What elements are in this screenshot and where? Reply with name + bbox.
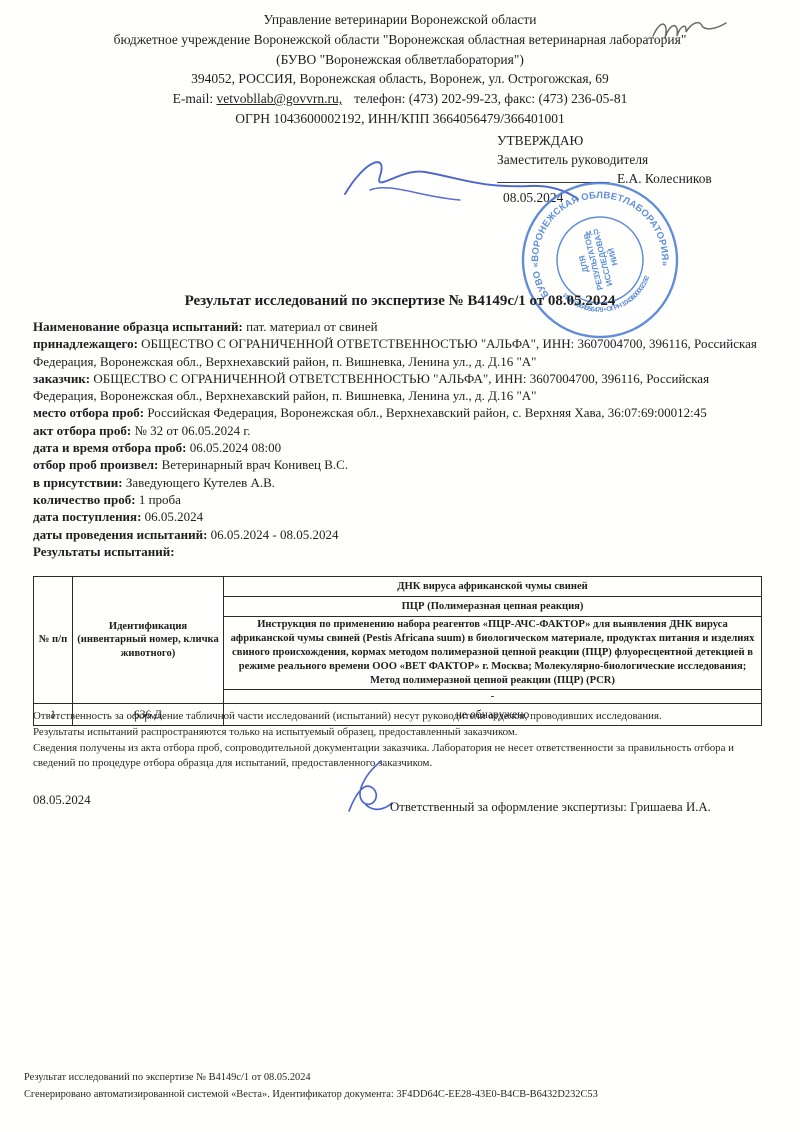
field-row: даты проведения испытаний: 06.05.2024 - …	[33, 526, 767, 543]
col-header-num: № п/п	[34, 577, 73, 704]
field-label: даты проведения испытаний:	[33, 527, 207, 542]
field-label: дата и время отбора проб:	[33, 440, 187, 455]
footer-generated-line: Сгенерировано автоматизированной системо…	[24, 1087, 598, 1104]
field-value: 06.05.2024 - 08.05.2024	[211, 527, 339, 542]
field-label: Наименование образца испытаний:	[33, 319, 243, 334]
field-value: 06.05.2024 08:00	[190, 440, 281, 455]
dash-cell: -	[224, 689, 762, 703]
field-label: количество проб:	[33, 492, 136, 507]
email-link[interactable]: vetvobllab@govvrn.ru,	[217, 91, 343, 106]
field-row: дата и время отбора проб: 06.05.2024 08:…	[33, 439, 767, 456]
field-value: ОБЩЕСТВО С ОГРАНИЧЕННОЙ ОТВЕТСТВЕННОСТЬЮ…	[33, 336, 757, 368]
test-group-header: ДНК вируса африканской чумы свиней	[224, 577, 762, 597]
field-row: заказчик: ОБЩЕСТВО С ОГРАНИЧЕННОЙ ОТВЕТС…	[33, 370, 767, 405]
field-label: дата поступления:	[33, 509, 141, 524]
field-row: дата поступления: 06.05.2024	[33, 508, 767, 525]
signoff-date: 08.05.2024	[33, 793, 91, 808]
results-table: № п/п Идентификация (инвентарный номер, …	[33, 576, 762, 726]
field-label: место отбора проб:	[33, 405, 144, 420]
org-ogrn-inn: ОГРН 1043600002192, ИНН/КПП 3664056479/3…	[30, 109, 770, 129]
field-row: место отбора проб: Российская Федерация,…	[33, 404, 767, 421]
email-label: E-mail:	[173, 91, 214, 106]
field-label: принадлежащего:	[33, 336, 138, 351]
field-row: количество проб: 1 проба	[33, 491, 767, 508]
field-row: принадлежащего: ОБЩЕСТВО С ОГРАНИЧЕННОЙ …	[33, 335, 767, 370]
field-value: Заведующего Кутелев А.В.	[126, 475, 275, 490]
page-title: Результат исследований по экспертизе № В…	[0, 293, 800, 310]
field-row: Результаты испытаний:	[33, 543, 767, 560]
note-line: Ответственность за оформление табличной …	[33, 709, 767, 724]
responsible-line: Ответственный за оформление экспертизы: …	[390, 800, 711, 815]
document-page: Управление ветеринарии Воронежской облас…	[0, 0, 800, 1132]
field-label: отбор проб произвел:	[33, 457, 158, 472]
field-value: Российская Федерация, Воронежская обл., …	[147, 405, 706, 420]
org-name: бюджетное учреждение Воронежской области…	[30, 30, 770, 50]
footer-expertise-line: Результат исследований по экспертизе № В…	[24, 1070, 598, 1087]
field-value: 06.05.2024	[145, 509, 204, 524]
field-value: пат. материал от свиней	[246, 319, 378, 334]
results-table-wrap: № п/п Идентификация (инвентарный номер, …	[33, 576, 762, 726]
field-row: акт отбора проб: № 32 от 06.05.2024 г.	[33, 422, 767, 439]
field-label: в присутствии:	[33, 475, 123, 490]
field-value: № 32 от 06.05.2024 г.	[134, 423, 250, 438]
field-label: заказчик:	[33, 371, 90, 386]
field-value: Ветеринарный врач Конивец В.С.	[162, 457, 348, 472]
field-row: Наименование образца испытаний: пат. мат…	[33, 318, 767, 335]
document-footer: Результат исследований по экспертизе № В…	[24, 1070, 598, 1103]
field-label: Результаты испытаний:	[33, 544, 175, 559]
field-label: акт отбора проб:	[33, 423, 131, 438]
field-row: в присутствии: Заведующего Кутелев А.В.	[33, 474, 767, 491]
org-authority: Управление ветеринарии Воронежской облас…	[30, 10, 770, 30]
field-value: 1 проба	[139, 492, 181, 507]
org-contacts: E-mail: vetvobllab@govvrn.ru,телефон: (4…	[30, 89, 770, 109]
phone-fax: телефон: (473) 202-99-23, факс: (473) 23…	[354, 91, 627, 106]
col-header-identification: Идентификация (инвентарный номер, кличка…	[73, 577, 224, 704]
org-short-name: (БУВО "Воронежская облветлаборатория")	[30, 50, 770, 70]
org-address: 394052, РОССИЯ, Воронежская область, Вор…	[30, 69, 770, 89]
note-line: Результаты испытаний распространяются то…	[33, 725, 767, 740]
field-value: ОБЩЕСТВО С ОГРАНИЧЕННОЙ ОТВЕТСТВЕННОСТЬЮ…	[33, 371, 709, 403]
test-method-header: ПЦР (Полимеразная цепная реакция)	[224, 597, 762, 617]
sample-info-block: Наименование образца испытаний: пат. мат…	[33, 318, 767, 560]
org-header: Управление ветеринарии Воронежской облас…	[30, 10, 770, 129]
field-row: отбор проб произвел: Ветеринарный врач К…	[33, 456, 767, 473]
method-details-cell: Инструкция по применению набора реагенто…	[224, 617, 762, 690]
